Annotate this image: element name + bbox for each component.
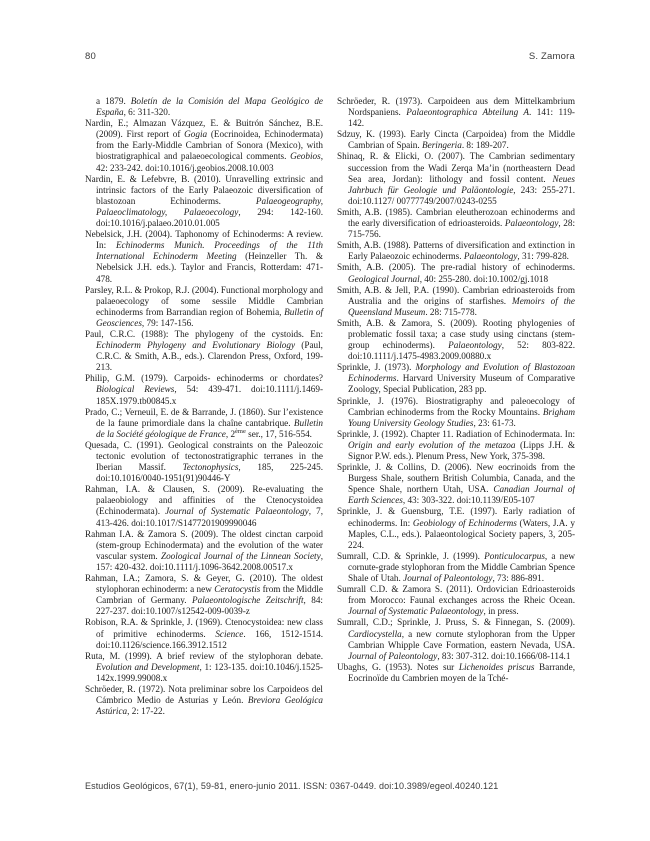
reference-text: , in press. bbox=[484, 606, 519, 616]
reference-italic-text: Palaeontology bbox=[464, 251, 518, 261]
reference-entry: Ruta, M. (1999). A brief review of the s… bbox=[85, 651, 323, 684]
reference-italic-text: Palaeontographica Abteilung A bbox=[406, 107, 529, 117]
reference-entry: Shinaq, R. & Elicki, O. (2007). The Camb… bbox=[337, 151, 575, 206]
reference-italic-text: Journal of Paleontology bbox=[348, 651, 437, 661]
reference-italic-text: Geobios bbox=[290, 151, 321, 161]
reference-entry: Smith, A.B. & Jell, P.A. (1990). Cambria… bbox=[337, 285, 575, 318]
reference-italic-text: Tectonophysics bbox=[183, 462, 239, 472]
reference-text: Smith, A.B. (2005). The pre-radial histo… bbox=[337, 262, 575, 272]
reference-text: Sumrall, C.D.; Sprinkle, J. Pruss, S. & … bbox=[337, 617, 575, 627]
reference-text: Sprinkle, J. (1992). Chapter 11. Radiati… bbox=[337, 429, 575, 439]
reference-italic-text: Cardiocystella bbox=[348, 629, 402, 639]
reference-text: , 2: 17-22. bbox=[127, 706, 165, 716]
reference-text: , 31: 799-828. bbox=[517, 251, 569, 261]
page-number: 80 bbox=[85, 51, 96, 62]
reference-italic-text: Science bbox=[215, 629, 243, 639]
reference-entry: Sprinkle, J. & Collins, D. (2006). New e… bbox=[337, 462, 575, 506]
reference-text: . 28: 715-778. bbox=[425, 307, 477, 317]
references-column-left: a 1879. Boletín de la Comisión del Mapa … bbox=[85, 96, 323, 768]
reference-entry: Robison, R.A. & Sprinkle, J. (1969). Cte… bbox=[85, 617, 323, 650]
reference-entry: Rahman, I.A. & Clausen, S. (2009). Re-ev… bbox=[85, 484, 323, 528]
reference-text: a 1879. bbox=[96, 96, 131, 106]
reference-entry: Smith, A.B. (1985). Cambrian eleutherozo… bbox=[337, 207, 575, 240]
reference-entry: Rahman, I.A.; Zamora, S. & Geyer, G. (20… bbox=[85, 573, 323, 617]
reference-entry: Quesada, C. (1991). Geological constrain… bbox=[85, 440, 323, 484]
page-header: 80 S. Zamora bbox=[85, 51, 575, 62]
reference-entry: a 1879. Boletín de la Comisión del Mapa … bbox=[85, 96, 323, 118]
reference-entry: Nardin, E.; Almazan Vázquez, E. & Buitró… bbox=[85, 118, 323, 173]
reference-text: Shinaq, R. & Elicki, O. (2007). The Camb… bbox=[337, 151, 575, 183]
reference-entry: Smith, A.B. (2005). The pre-radial histo… bbox=[337, 262, 575, 284]
reference-text: , 79: 147-156. bbox=[142, 318, 194, 328]
reference-italic-text: Journal of Systematic Palaeontology bbox=[165, 506, 309, 516]
references-columns: a 1879. Boletín de la Comisión del Mapa … bbox=[85, 96, 575, 768]
references-column-right: Schröeder, R. (1973). Carpoideen aus dem… bbox=[337, 96, 575, 768]
reference-entry: Sumrall, C.D.; Sprinkle, J. Pruss, S. & … bbox=[337, 617, 575, 661]
reference-text: Ruta, M. (1999). A brief review of the s… bbox=[85, 651, 323, 661]
reference-italic-text: Journal of Paleontology bbox=[403, 573, 492, 583]
reference-text: Sumrall C.D. & Zamora S. (2011). Ordovic… bbox=[337, 584, 575, 605]
reference-entry: Nebelsick, J.H. (2004). Taphonomy of Ech… bbox=[85, 229, 323, 284]
reference-italic-text: Journal of Systematic Palaeontology bbox=[348, 606, 484, 616]
reference-entry: Schröeder, R. (1973). Carpoideen aus dem… bbox=[337, 96, 575, 129]
reference-text: Philip, G.M. (1979). Carpoids- echinoder… bbox=[85, 373, 323, 383]
running-author: S. Zamora bbox=[529, 51, 575, 62]
reference-italic-text: Echinoderm Phylogeny and Evolutionary Bi… bbox=[96, 340, 295, 350]
reference-italic-text: Palaeontology bbox=[448, 340, 502, 350]
reference-italic-text: Beringeria bbox=[422, 140, 462, 150]
reference-entry: Sumrall, C.D. & Sprinkle, J. (1999). Pon… bbox=[337, 551, 575, 584]
reference-text: Sprinkle, J. (1973). bbox=[337, 362, 416, 372]
reference-italic-text: Biological Reviews bbox=[96, 384, 174, 394]
reference-text: , 2 bbox=[226, 429, 235, 439]
reference-italic-text: Origin and early evolution of the metazo… bbox=[348, 440, 516, 450]
reference-italic-text: Lichenoides priscus bbox=[459, 662, 535, 672]
reference-entry: Schröeder, R. (1972). Nota preliminar so… bbox=[85, 684, 323, 717]
reference-text: Paul, C.R.C. (1988): The phylogeny of th… bbox=[85, 329, 323, 339]
reference-entry: Philip, G.M. (1979). Carpoids- echinoder… bbox=[85, 373, 323, 406]
reference-text: , 40: 255-280. doi:10.1002/gj.1018 bbox=[420, 274, 548, 284]
reference-italic-text: Ponticulocarpus bbox=[484, 551, 545, 561]
reference-entry: Sprinkle, J. (1992). Chapter 11. Radiati… bbox=[337, 429, 575, 462]
reference-entry: Sprinkle, J. & Guensburg, T.E. (1997). E… bbox=[337, 506, 575, 550]
reference-text: Sprinkle, J. (1976). Biostratigraphy and… bbox=[337, 396, 575, 417]
reference-text: , 23: 61-73. bbox=[473, 418, 515, 428]
reference-italic-text: Palaeontologische Zeitschrift bbox=[192, 595, 304, 605]
reference-text: Sumrall, C.D. & Sprinkle, J. (1999). bbox=[337, 551, 484, 561]
reference-entry: Smith, A.B. & Zamora, S. (2009). Rooting… bbox=[337, 318, 575, 362]
reference-text: , 43: 303-322. doi:10.1139/E05-107 bbox=[403, 495, 535, 505]
reference-italic-text: Zoological Journal of the Linnean Societ… bbox=[161, 551, 321, 561]
reference-entry: Prado, C.; Verneuil, E. de & Barrande, J… bbox=[85, 407, 323, 440]
reference-text: , 6: 311-320. bbox=[124, 107, 171, 117]
reference-entry: Nardin, E. & Lefebvre, B. (2010). Unrave… bbox=[85, 174, 323, 229]
reference-italic-text: Geological Journal bbox=[348, 274, 420, 284]
reference-italic-text: Gogia bbox=[184, 129, 207, 139]
journal-citation: Estudios Geológicos, 67(1), 59-81, enero… bbox=[85, 781, 498, 791]
reference-italic-text: Palaeontology bbox=[505, 218, 559, 228]
reference-entry: Sumrall C.D. & Zamora S. (2011). Ordovic… bbox=[337, 584, 575, 617]
reference-italic-text: Ceratocystis bbox=[214, 584, 260, 594]
reference-italic-text: Evolution and Development bbox=[96, 662, 199, 672]
reference-text: ser., 17, 516-554. bbox=[246, 429, 312, 439]
reference-text: . 8: 189-207. bbox=[462, 140, 509, 150]
reference-text: ème bbox=[235, 428, 246, 435]
reference-entry: Smith, A.B. (1988). Patterns of diversif… bbox=[337, 240, 575, 262]
page-footer: Estudios Geológicos, 67(1), 59-81, enero… bbox=[85, 781, 615, 791]
reference-entry: Parsley, R.L. & Prokop, R.J. (2004). Fun… bbox=[85, 285, 323, 329]
reference-text: , 83: 307-312. doi:10.1666/08-114.1 bbox=[437, 651, 570, 661]
reference-entry: Sprinkle, J. (1976). Biostratigraphy and… bbox=[337, 396, 575, 429]
reference-text: Prado, C.; Verneuil, E. de & Barrande, J… bbox=[85, 407, 323, 428]
reference-entry: Paul, C.R.C. (1988): The phylogeny of th… bbox=[85, 329, 323, 373]
document-page: 80 S. Zamora a 1879. Boletín de la Comis… bbox=[0, 0, 650, 841]
reference-entry: Sdzuy, K. (1993). Early Cincta (Carpoide… bbox=[337, 129, 575, 151]
reference-text: Ubaghs, G. (1953). Notes sur bbox=[337, 662, 459, 672]
reference-text: , 73: 886-891. bbox=[492, 573, 544, 583]
reference-entry: Ubaghs, G. (1953). Notes sur Lichenoides… bbox=[337, 662, 575, 684]
reference-entry: Rahman I.A. & Zamora S. (2009). The olde… bbox=[85, 529, 323, 573]
reference-italic-text: Geobiology of Echinoderms bbox=[413, 518, 517, 528]
reference-entry: Sprinkle, J. (1973). Morphology and Evol… bbox=[337, 362, 575, 395]
